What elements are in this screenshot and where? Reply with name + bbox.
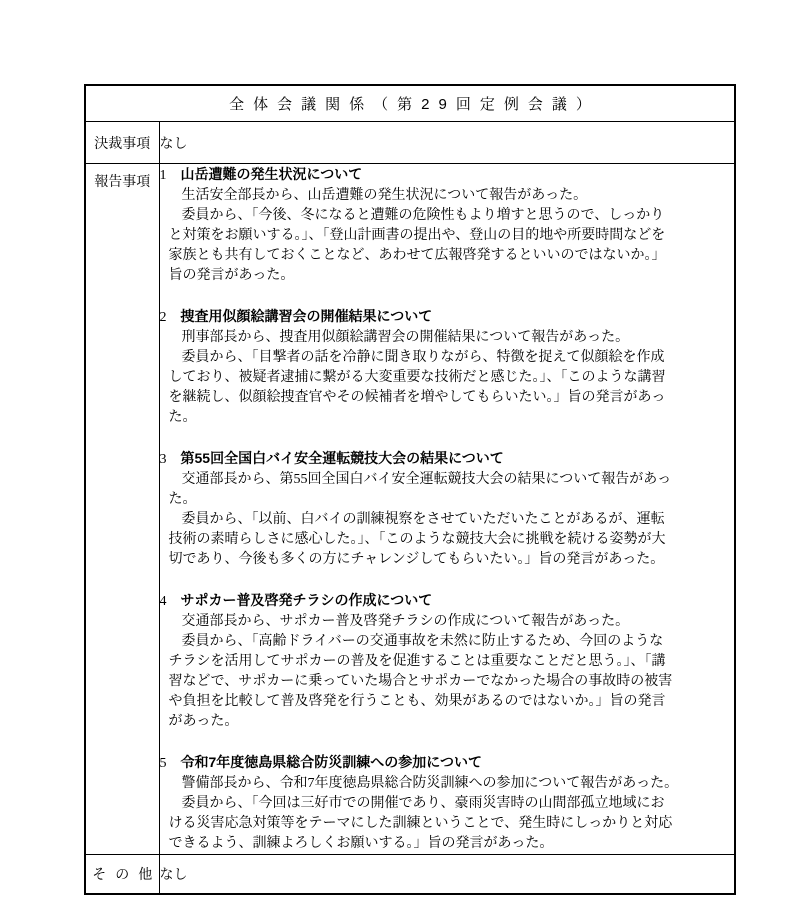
report-item-1-intro: 生活安全部長から、山岳遭難の発生状況について報告があった。 [169,186,735,206]
report-item-2: 2捜査用似顔絵講習会の開催結果について 刑事部長から、捜査用似顔絵講習会の開催結… [160,306,735,428]
other-row-label-text: その他 [92,868,161,883]
report-item-3-intro: 交通部長から、第55回全国白バイ安全運転競技大会の結果について報告があっ た。 [169,470,735,510]
report-item-1-heading: 1山岳遭難の発生状況について [160,164,735,186]
report-item-5-title: 令和7年度徳島県総合防災訓練への参加について [181,754,483,770]
report-item-2-title: 捜査用似顔絵講習会の開催結果について [181,308,433,324]
report-item-2-number: 2 [160,308,181,328]
approval-row: 決裁事項 なし [85,122,735,164]
report-item-4-comment: 委員から、「高齢ドライバーの交通事故を未然に防止するため、今回のような チラシを… [169,632,735,732]
report-item-4: 4サポカー普及啓発チラシの作成について 交通部長から、サポカー普及啓発チラシの作… [160,590,735,732]
report-item-1-comment: 委員から、「今後、冬になると遭難の危険性もより増すと思うので、しっかり と対策を… [169,206,735,286]
report-item-2-comment: 委員から、「目撃者の話を冷静に聞き取りながら、特徴を捉えて似顔絵を作成 しており… [169,348,735,428]
report-item-3-heading: 3第55回全国白バイ安全運転競技大会の結果について [160,448,735,470]
approval-row-content: なし [159,122,735,164]
report-item-4-heading: 4サポカー普及啓発チラシの作成について [160,590,735,612]
report-item-4-intro: 交通部長から、サポカー普及啓発チラシの作成について報告があった。 [169,612,735,632]
minutes-table: 全体会議関係（第29回定例会議） 決裁事項 なし 報告事項 1山岳遭難の発生状況… [84,84,736,895]
report-item-5: 5令和7年度徳島県総合防災訓練への参加について 警備部長から、令和7年度徳島県総… [160,752,735,854]
title-row: 全体会議関係（第29回定例会議） [85,85,735,122]
meeting-title: 全体会議関係（第29回定例会議） [85,85,735,122]
other-row: その他 なし [85,855,735,895]
report-row-label: 報告事項 [85,164,159,855]
report-item-5-comment: 委員から、「今回は三好市での開催であり、豪雨災害時の山間部孤立地域にお ける災害… [169,794,735,854]
report-item-4-number: 4 [160,592,181,612]
document-page: 全体会議関係（第29回定例会議） 決裁事項 なし 報告事項 1山岳遭難の発生状況… [0,0,800,914]
report-item-2-intro: 刑事部長から、捜査用似顔絵講習会の開催結果について報告があった。 [169,328,735,348]
meeting-title-text: 全体会議関係（第29回定例会議） [229,96,600,113]
report-item-1-title: 山岳遭難の発生状況について [181,166,363,182]
report-item-1: 1山岳遭難の発生状況について 生活安全部長から、山岳遭難の発生状況について報告が… [160,164,735,286]
other-row-content: なし [159,855,735,895]
report-item-3-comment: 委員から、「以前、白バイの訓練視察をさせていただいたことがあるが、運転 技術の素… [169,510,735,570]
report-item-5-heading: 5令和7年度徳島県総合防災訓練への参加について [160,752,735,774]
report-row-content: 1山岳遭難の発生状況について 生活安全部長から、山岳遭難の発生状況について報告が… [159,164,735,855]
other-row-label: その他 [85,855,159,895]
report-item-2-heading: 2捜査用似顔絵講習会の開催結果について [160,306,735,328]
report-item-4-title: サポカー普及啓発チラシの作成について [181,592,433,608]
report-item-3-number: 3 [160,450,181,470]
report-item-5-number: 5 [160,754,181,774]
report-item-3: 3第55回全国白バイ安全運転競技大会の結果について 交通部長から、第55回全国白… [160,448,735,570]
approval-row-label: 決裁事項 [85,122,159,164]
report-row: 報告事項 1山岳遭難の発生状況について 生活安全部長から、山岳遭難の発生状況につ… [85,164,735,855]
report-item-3-title: 第55回全国白バイ安全運転競技大会の結果について [181,450,504,466]
report-item-1-number: 1 [160,166,181,186]
report-item-5-intro: 警備部長から、令和7年度徳島県総合防災訓練への参加について報告があった。 [169,774,735,794]
